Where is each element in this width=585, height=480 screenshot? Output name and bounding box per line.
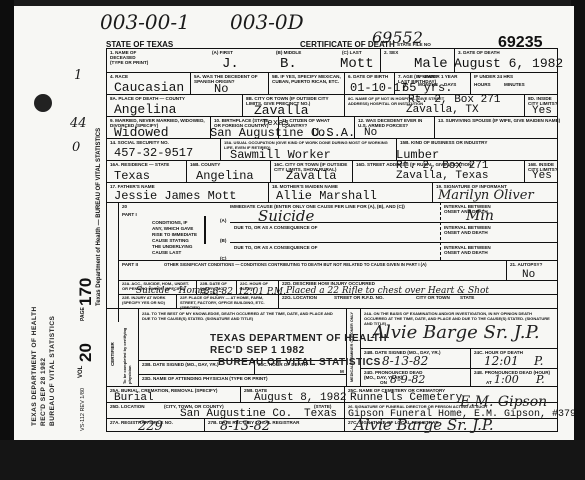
interval-a: Min xyxy=(466,208,494,224)
margin-received-stamp: TEXAS DEPARTMENT OF HEALTH REC'D SEP 28 … xyxy=(30,306,57,426)
conditions-label: Conditions, if any, which gave rise to i… xyxy=(152,220,198,256)
margin-note-3: 0 xyxy=(72,140,80,155)
inside-city: Yes xyxy=(532,105,552,117)
city-of-death: Zavalla xyxy=(254,103,309,118)
registrar-signature: Alvie Barge Sr. J.P. xyxy=(354,416,494,434)
residence-county: Angelina xyxy=(196,169,254,183)
race-label: 4. RACE xyxy=(110,74,128,79)
me-date-signed: 8-13-82 xyxy=(382,354,428,368)
place-of-death-county: Angelina xyxy=(114,102,176,117)
last-name: Mott xyxy=(340,56,374,72)
received-stamp: TEXAS DEPARTMENT OF HEALTH REC'D SEP 1 1… xyxy=(210,333,387,369)
minutes-label: Minutes xyxy=(504,82,525,87)
residence-street-line-2: Zavalla, Texas xyxy=(396,170,488,182)
date-signed-label: 23b. DATE SIGNED (Mo., Day, Yr.) xyxy=(142,362,219,367)
injury-state-label: STATE xyxy=(460,295,474,300)
handwritten-code-1: 003-00-1 xyxy=(100,10,190,34)
race: Caucasian xyxy=(114,80,184,95)
residence-state-label: 16a. RESIDENCE — STATE xyxy=(110,162,169,167)
informant-signature: Marilyn Oliver xyxy=(438,188,534,203)
other-conditions-label: OTHER SIGNIFICANT CONDITIONS — CONDITION… xyxy=(164,262,427,267)
citizenship: U.S.A. xyxy=(312,126,355,140)
hospital-line-2: Zavalla, TX xyxy=(406,104,479,116)
spanish-origin: No xyxy=(214,82,228,96)
cause-item-number: 20 xyxy=(122,204,127,209)
social-security-number: 457-32-9517 xyxy=(114,146,193,160)
surviving-spouse-label: 13. SURVIVING SPOUSE (If wife, give maid… xyxy=(438,118,560,123)
handwritten-code-2: 003-0D xyxy=(230,10,304,34)
residence-state: Texas xyxy=(114,169,150,183)
interval-c-label: Interval between onset and death xyxy=(444,245,504,255)
under-1-year-label: IF UNDER 1 YEAR xyxy=(418,74,457,79)
margin-note-1: 1 xyxy=(74,68,82,83)
margin-stamp-line-2: REC'D SEP 28 1982 xyxy=(39,306,48,426)
middle-name: B. xyxy=(280,56,297,72)
armed-forces: No xyxy=(364,127,377,139)
volume-label: VOL xyxy=(78,366,84,378)
pronounced-dead-date: 8-9-82 xyxy=(390,373,425,386)
dob-label: 6. DATE OF BIRTH xyxy=(348,74,388,79)
middle-name-label: (b) Middle xyxy=(276,50,301,55)
pronounced-dead-hour: 1:00 xyxy=(494,373,519,386)
scan-border-left xyxy=(0,0,14,480)
cause-a-label: (a) xyxy=(220,218,226,223)
months-label: Months xyxy=(418,82,438,87)
father-name: Jessie James Mott xyxy=(114,189,236,203)
autopsy-label: 21. AUTOPSY? xyxy=(510,262,542,267)
interval-b-label: Interval between onset and death xyxy=(444,225,504,235)
injury-street-label: STREET OR R.F.D. NO. xyxy=(334,295,384,300)
due-to-label-1: DUE TO, OR AS A CONSEQUENCE OF xyxy=(234,225,317,230)
injury-at-work-label: 22e. INJURY AT WORK (Specify yes or no) xyxy=(122,295,174,305)
first-name: J. xyxy=(222,56,239,72)
name-label: 1. NAME OF DECEASED (Type or print) xyxy=(110,50,150,65)
punch-hole xyxy=(34,94,52,112)
physician-statement: 23a. To the best of my knowledge, death … xyxy=(142,311,342,321)
residence-county-label: 16b. COUNTY xyxy=(190,162,220,167)
attending-physician-label: 23d. NAME OF ATTENDING PHYSICIAN (Type o… xyxy=(142,376,268,381)
industry-label: 15b. KIND OF BUSINESS OR INDUSTRY xyxy=(400,140,487,145)
ssn-label: 14. SOCIAL SECURITY NO. xyxy=(110,140,169,145)
mother-maiden-name: Allie Marshall xyxy=(276,189,377,203)
days-label: Days xyxy=(444,82,456,87)
occupation: Sawmill Worker xyxy=(230,148,331,162)
spanish-origin-label: 5a. WAS THE DECEDENT OF SPANISH ORIGIN? xyxy=(194,74,266,84)
me-hour-ampm: P. xyxy=(534,354,543,368)
me-hour-of-death: 12:01 xyxy=(484,354,519,368)
funeral-director-signature: E.M. Gipson xyxy=(460,394,547,410)
injury-location-label: 22g. LOCATION xyxy=(282,295,317,300)
residence-inside-city: Yes xyxy=(532,170,552,182)
marital-status: Widowed xyxy=(114,125,169,140)
certifier-section-label: CERTIFIER xyxy=(110,342,115,366)
margin-stamp-line-3: BUREAU OF VITAL STATISTICS xyxy=(48,306,57,426)
stamp-line-2: REC'D SEP 1 1982 xyxy=(210,345,387,357)
under-24-hrs-label: IF UNDER 24 HRS xyxy=(474,74,513,79)
spanish-specify-label: 5b. IF YES, SPECIFY MEXICAN, CUBAN, PUER… xyxy=(272,74,342,84)
registrar-date: 8-13-82 xyxy=(220,419,270,434)
date-of-death-label: 3. DATE OF DEATH xyxy=(458,50,500,55)
cause-b-label: (b) xyxy=(220,238,226,243)
last-name-label: (c) Last xyxy=(342,50,362,55)
pronounced-on-label: ON xyxy=(380,380,387,385)
part-1-label: PART I xyxy=(122,212,138,217)
residence-city: Zavalla xyxy=(286,169,336,183)
location-label: 25d. LOCATION xyxy=(110,404,145,409)
scan-border-bottom xyxy=(0,440,585,480)
margin-note-2: 44 xyxy=(70,116,87,131)
cause-a: Suicide xyxy=(258,207,314,225)
registrar-file-number: 229 xyxy=(138,419,163,434)
vertical-department-title: Texas Department of Health — BUREAU OF V… xyxy=(96,128,102,306)
date-of-death: August 6, 1982 xyxy=(454,56,563,71)
margin-stamp-line-1: TEXAS DEPARTMENT OF HEALTH xyxy=(30,306,39,426)
injury-town-label: CITY OR TOWN xyxy=(416,295,450,300)
pronounced-at-label: AT xyxy=(486,380,492,385)
immediate-cause-label: IMMEDIATE CAUSE (Enter only one cause pe… xyxy=(230,204,405,209)
part-2-label: PART II xyxy=(122,262,138,267)
sex-label: 2. SEX xyxy=(384,50,398,55)
form-number: VS-112 REV 1/80 xyxy=(80,388,86,431)
file-no-label: STATE FILE NO xyxy=(397,42,431,47)
volume-number: 20 xyxy=(76,343,96,362)
hours-label: Hours xyxy=(474,82,491,87)
page-number: 170 xyxy=(76,278,96,306)
place-of-death-county-label: 8a. PLACE OF DEATH — COUNTY xyxy=(110,96,185,101)
death-certificate: 003-00-1 003-0D STATE OF TEXAS CERTIFICA… xyxy=(14,6,574,440)
stamp-line-1: TEXAS DEPARTMENT OF HEALTH xyxy=(210,333,387,345)
sex: Male xyxy=(414,56,448,72)
first-name-label: (a) First xyxy=(212,50,233,55)
due-to-label-2: DUE TO, OR AS A CONSEQUENCE OF xyxy=(234,245,317,250)
medical-examiner-signature: Alvie Barge Sr. J.P. xyxy=(372,322,540,343)
page-label: PAGE xyxy=(80,307,86,321)
pronounced-ampm: P. xyxy=(536,373,545,386)
certifier-section-sublabel: To be completed by certifying physician xyxy=(122,324,132,384)
